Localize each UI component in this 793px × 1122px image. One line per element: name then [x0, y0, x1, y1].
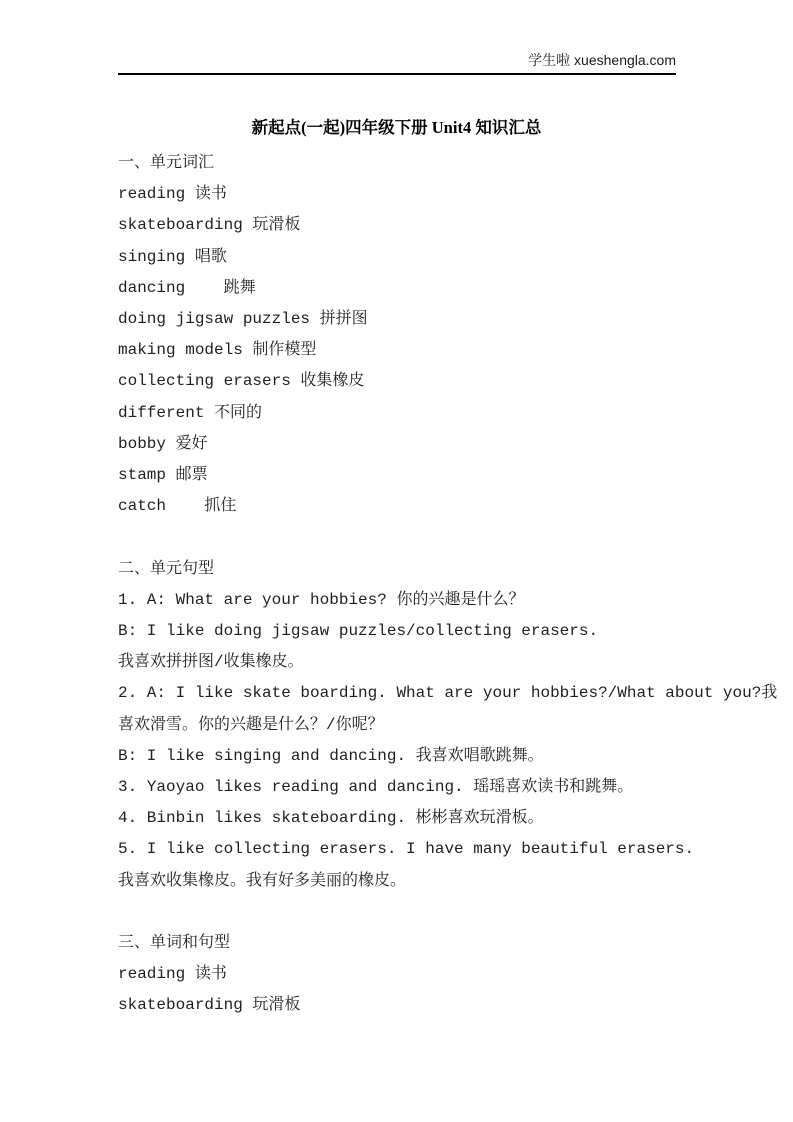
document-line: 我喜欢拼拼图/收集橡皮。 — [118, 647, 676, 678]
document-section: 二、单元句型1. A: What are your hobbies? 你的兴趣是… — [118, 554, 676, 897]
document-line: B: I like doing jigsaw puzzles/collectin… — [118, 616, 676, 647]
document-line: 3. Yaoyao likes reading and dancing. 瑶瑶喜… — [118, 772, 676, 803]
document-line: doing jigsaw puzzles 拼拼图 — [118, 304, 676, 335]
document-line: 5. I like collecting erasers. I have man… — [118, 834, 676, 865]
document-title: 新起点(一起)四年级下册 Unit4 知识汇总 — [118, 115, 675, 141]
document-line: catch 抓住 — [118, 491, 676, 522]
document-line: 我喜欢收集橡皮。我有好多美丽的橡皮。 — [118, 866, 676, 897]
document-line: bobby 爱好 — [118, 429, 676, 460]
document-line: reading 读书 — [118, 959, 676, 990]
document-line: dancing 跳舞 — [118, 273, 676, 304]
document-line: 2. A: I like skate boarding. What are yo… — [118, 678, 676, 709]
document-line: skateboarding 玩滑板 — [118, 990, 676, 1021]
document-line: 喜欢滑雪。你的兴趣是什么？/你呢？ — [118, 710, 676, 741]
site-watermark-label: 学生啦 xueshengla.com — [528, 52, 676, 68]
document-line: skateboarding 玩滑板 — [118, 210, 676, 241]
section-heading: 二、单元句型 — [118, 554, 676, 585]
document-line: B: I like singing and dancing. 我喜欢唱歌跳舞。 — [118, 741, 676, 772]
section-heading: 一、单元词汇 — [118, 148, 676, 179]
document-section: 三、单词和句型reading 读书skateboarding 玩滑板 — [118, 928, 676, 1022]
document-line: 4. Binbin likes skateboarding. 彬彬喜欢玩滑板。 — [118, 803, 676, 834]
document-page: 学生啦 xueshengla.com 新起点(一起)四年级下册 Unit4 知识… — [0, 0, 793, 1122]
document-line: stamp 邮票 — [118, 460, 676, 491]
document-line: singing 唱歌 — [118, 242, 676, 273]
page-header: 学生啦 xueshengla.com — [118, 0, 676, 75]
document-line: 1. A: What are your hobbies? 你的兴趣是什么？ — [118, 585, 676, 616]
section-heading: 三、单词和句型 — [118, 928, 676, 959]
document-line: different 不同的 — [118, 398, 676, 429]
document-body: 一、单元词汇reading 读书skateboarding 玩滑板singing… — [118, 148, 676, 1022]
document-line: collecting erasers 收集橡皮 — [118, 366, 676, 397]
document-line: making models 制作模型 — [118, 335, 676, 366]
document-line: reading 读书 — [118, 179, 676, 210]
document-section: 一、单元词汇reading 读书skateboarding 玩滑板singing… — [118, 148, 676, 522]
